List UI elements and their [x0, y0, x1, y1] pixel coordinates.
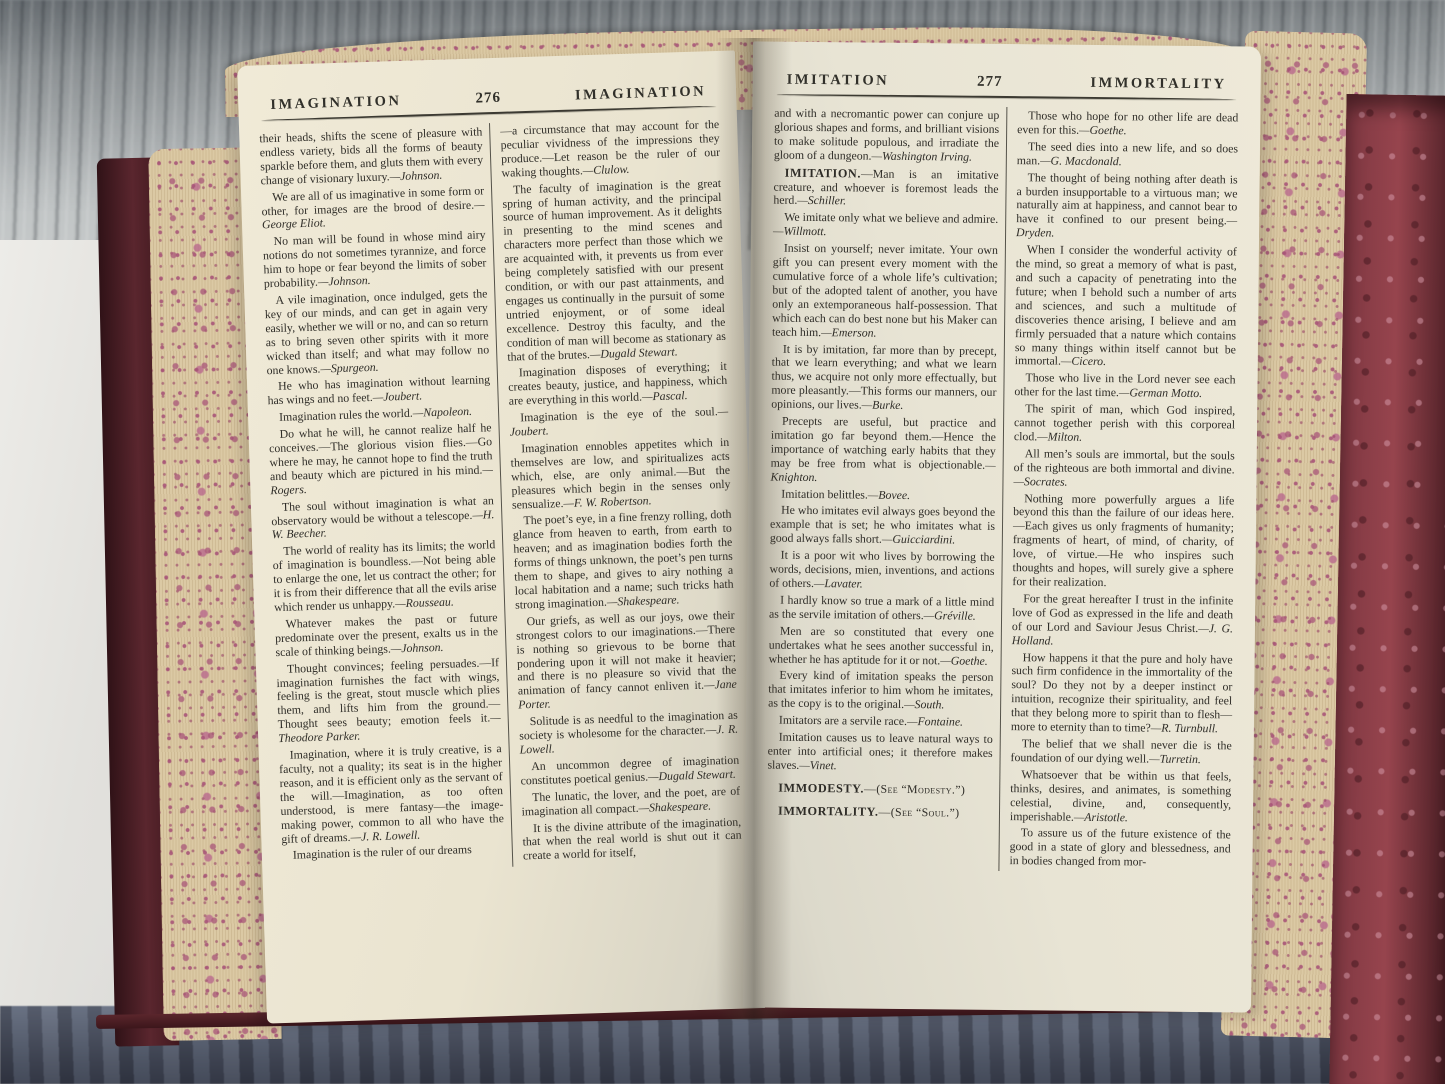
text-column-2: Those who hope for no other life are dea…	[998, 107, 1240, 874]
quote-paragraph: —a circumstance that may account for the…	[500, 118, 721, 180]
quote-text: Imagination is the ruler of our dreams	[293, 842, 472, 862]
entry-word: IMITATION.	[785, 165, 861, 180]
quote-attribution: —Aristotle.	[1074, 809, 1128, 824]
quote-paragraph: Imitators are a servile race.—Fontaine.	[768, 714, 993, 730]
entry-word: IMMORTALITY.	[778, 803, 879, 818]
running-head-right: IMAGINATION	[575, 83, 707, 104]
quote-text: The soul without imagination is what an …	[271, 493, 494, 528]
running-head-left: IMITATION	[787, 72, 890, 90]
page-number-left: 276	[475, 90, 501, 108]
quote-paragraph: It is by imitation, far more than by pre…	[771, 342, 997, 414]
quote-paragraph: Solitude is as needful to the imaginatio…	[519, 709, 739, 758]
quote-text: their heads, shifts the scene of pleasur…	[259, 124, 483, 187]
quote-attribution: —Goethe.	[1079, 123, 1127, 137]
quote-paragraph: Do what he will, he cannot realize half …	[268, 421, 493, 498]
quote-text: Those who hope for no other life are dea…	[1017, 108, 1238, 136]
open-book: IMAGINATION 276 IMAGINATION their heads,…	[0, 0, 1445, 1084]
quote-attribution: —Socrates.	[1013, 474, 1067, 489]
text-column-1: their heads, shifts the scene of pleasur…	[257, 123, 512, 874]
quote-paragraph: He who has imagination without learning …	[267, 374, 491, 409]
quote-paragraph: Imitation belittles.—Bovee.	[770, 487, 995, 503]
quote-paragraph: Those who hope for no other life are dea…	[1017, 109, 1238, 139]
quote-paragraph: Imagination disposes of everything; it c…	[508, 360, 728, 409]
quote-paragraph: Imagination, where it is truly creative,…	[279, 742, 505, 846]
quote-attribution: —Johnson.	[391, 640, 444, 656]
quote-paragraph: Imitation causes us to leave natural way…	[767, 731, 992, 775]
quote-attribution: —Dugald Stewart.	[648, 767, 736, 784]
quote-text: The faculty of imagination is the great …	[502, 176, 726, 364]
quote-paragraph: Thought convinces; feeling persuades.—If…	[276, 656, 502, 746]
quote-attribution: —Rousseau.	[395, 595, 454, 611]
header-rule	[777, 94, 1237, 101]
quote-paragraph: Imagination is the eye of the soul.—Joub…	[509, 405, 729, 440]
quote-attribution: —Gréville.	[924, 608, 976, 623]
page-left-header: IMAGINATION 276 IMAGINATION	[256, 83, 720, 115]
quote-attribution: —Turretin.	[1149, 751, 1201, 766]
quote-text: The world of reality has its limits; the…	[273, 538, 497, 615]
quote-text: —(See “Soul.”)	[879, 804, 960, 819]
quote-paragraph: The world of reality has its limits; the…	[272, 539, 497, 616]
quote-text: Imitators are a servile race.	[779, 713, 907, 728]
quote-text: Nothing more powerfully argues a life be…	[1012, 491, 1234, 589]
quote-paragraph: For the great hereafter I trust in the i…	[1012, 592, 1234, 650]
quote-text: It is the divine attribute of the imagin…	[522, 814, 741, 863]
quote-paragraph: The faculty of imagination is the great …	[502, 177, 727, 365]
page-right-header: IMITATION 277 IMMORTALITY	[773, 72, 1241, 94]
quote-paragraph: their heads, shifts the scene of pleasur…	[259, 125, 484, 188]
quote-attribution: —Pascal.	[642, 388, 688, 403]
quote-paragraph: Insist on yourself; never imitate. Your …	[772, 242, 998, 342]
quote-paragraph: Every kind of imitation speaks the perso…	[768, 669, 993, 713]
quote-paragraph: No man will be found in whose mind airy …	[262, 229, 487, 292]
quote-paragraph: We are all of us imaginative in some for…	[261, 184, 485, 233]
quote-paragraph: Nothing more powerfully argues a life be…	[1012, 492, 1234, 592]
quote-text: It is a poor wit who lives by borrowing …	[769, 548, 994, 590]
quote-attribution: —Guicciardini.	[882, 532, 955, 547]
quote-paragraph: Men are so constituted that every one un…	[769, 624, 994, 668]
quote-paragraph: Imagination ennobles appetites which in …	[510, 436, 731, 512]
quote-paragraph: The belief that we shall never die is th…	[1011, 737, 1232, 767]
quote-text: Whatever makes the past or future predom…	[275, 610, 498, 659]
quote-text: —(See “Modesty.”)	[864, 781, 965, 796]
quote-text: We are all of us imaginative in some for…	[261, 183, 484, 218]
quote-text: When I consider the wonderful activity o…	[1015, 242, 1237, 368]
quote-paragraph: The soul without imagination is what an …	[271, 494, 495, 543]
quote-attribution: —Johnson.	[389, 167, 442, 183]
quote-paragraph: The lunatic, the lover, and the poet, ar…	[521, 784, 741, 819]
book-page-left: IMAGINATION 276 IMAGINATION their heads,…	[237, 50, 765, 1023]
quote-text: Imitation belittles.	[781, 486, 868, 501]
text-column-1: and with a necromantic power can conjure…	[764, 105, 1006, 872]
quote-attribution: —Washington Irving.	[871, 148, 972, 163]
quote-attribution: —German Motto.	[1119, 385, 1202, 400]
quote-paragraph: The spirit of man, which God inspired, c…	[1014, 402, 1235, 446]
quote-attribution: —R. Turnbull.	[1151, 721, 1218, 736]
quote-paragraph: Whatsoever that be within us that feels,…	[1010, 768, 1232, 826]
quote-paragraph: and with a necromantic power can conjure…	[774, 107, 1000, 165]
quote-attribution: —Goethe.	[940, 653, 988, 667]
quote-attribution: —Fontaine.	[907, 714, 963, 729]
entry-word: IMMODESTY.	[778, 780, 864, 795]
quote-text: No man will be found in whose mind airy …	[263, 228, 487, 291]
quote-attribution: —G. Macdonald.	[1040, 153, 1122, 168]
quote-text: Imagination rules the world.	[279, 406, 413, 424]
quote-paragraph: It is a poor wit who lives by borrowing …	[769, 549, 994, 593]
quote-paragraph: The thought of being nothing after death…	[1016, 171, 1238, 243]
quote-attribution: —Spurgeon.	[320, 359, 379, 375]
quote-attribution: —South.	[904, 697, 944, 711]
quote-paragraph: It is the divine attribute of the imagin…	[522, 815, 742, 864]
quote-text: Every kind of imitation speaks the perso…	[768, 668, 993, 711]
quote-text: Thought convinces; feeling persuades.—If…	[276, 655, 500, 732]
quote-text: Insist on yourself; never imitate. Your …	[772, 241, 998, 339]
quote-paragraph: We imitate only what we believe and admi…	[773, 211, 998, 241]
quote-attribution: —F. W. Robertson.	[563, 493, 652, 510]
quote-attribution: —Bovee.	[868, 487, 910, 501]
page-left-columns: their heads, shifts the scene of pleasur…	[257, 116, 744, 874]
book-photo: IMAGINATION 276 IMAGINATION their heads,…	[0, 0, 1445, 1084]
quote-paragraph: When I consider the wonderful activity o…	[1015, 243, 1237, 370]
quote-attribution: —Clulow.	[583, 162, 630, 177]
page-right-content: IMITATION 277 IMMORTALITY and with a nec…	[744, 41, 1261, 873]
quote-attribution: —Lavater.	[814, 576, 863, 591]
text-column-2: —a circumstance that may account for the…	[489, 116, 744, 867]
quote-attribution: —Milton.	[1037, 429, 1082, 443]
book-cover-right	[1329, 94, 1445, 1084]
quote-text: Imagination disposes of everything; it c…	[508, 359, 727, 408]
quote-text: The thought of being nothing after death…	[1016, 170, 1238, 228]
quote-paragraph: Those who live in the Lord never see eac…	[1014, 371, 1235, 401]
quote-paragraph: IMITATION.—Man is an imitative creature,…	[773, 165, 998, 210]
quote-paragraph: A vile imagination, once indulged, gets …	[264, 287, 490, 377]
quote-attribution: —Cicero.	[1061, 354, 1106, 368]
running-head-left: IMAGINATION	[270, 93, 402, 114]
page-number-right: 277	[977, 74, 1003, 91]
quote-paragraph: Our griefs, as well as our joys, owe the…	[515, 609, 737, 713]
quote-paragraph: The poet’s eye, in a fine frenzy rolling…	[512, 508, 734, 612]
quote-attribution: —Vinet.	[799, 758, 837, 772]
quote-attribution: —Shakespeare.	[638, 798, 711, 814]
quote-paragraph: The seed dies into a new life, and so do…	[1017, 140, 1238, 170]
quote-paragraph: Imagination is the ruler of our dreams	[282, 842, 505, 863]
quote-paragraph: He who imitates evil always goes beyond …	[770, 504, 995, 548]
cross-reference-entry: IMMODESTY.—(See “Modesty.”)	[767, 780, 992, 797]
quote-attribution: —Shakespeare.	[607, 592, 680, 608]
running-head-right: IMMORTALITY	[1090, 75, 1226, 93]
book-page-right: IMITATION 277 IMMORTALITY and with a nec…	[743, 41, 1261, 1012]
page-right-columns: and with a necromantic power can conjure…	[764, 105, 1240, 874]
quote-attribution: —Willmott.	[773, 224, 827, 239]
quote-attribution: —Dugald Stewart.	[590, 344, 678, 361]
quote-text: Do what he will, he cannot realize half …	[269, 420, 493, 483]
quote-text: To assure us of the future existence of …	[1009, 826, 1230, 869]
quote-paragraph: Whatever makes the past or future predom…	[274, 611, 498, 660]
page-left-content: IMAGINATION 276 IMAGINATION their heads,…	[237, 50, 760, 874]
quote-attribution: —Joubert.	[372, 389, 422, 405]
quote-paragraph: All men’s souls are immortal, but the so…	[1013, 447, 1234, 491]
quote-attribution: —Napoleon.	[413, 404, 473, 420]
quote-attribution: —J. R. Lowell.	[350, 827, 420, 843]
quote-attribution: —Schiller.	[797, 193, 846, 208]
quote-attribution: —Burke.	[862, 398, 904, 412]
quote-paragraph: To assure us of the future existence of …	[1009, 827, 1230, 871]
quote-paragraph: An uncommon degree of imagination consti…	[520, 754, 740, 789]
quote-attribution: —Emerson.	[821, 325, 877, 340]
quote-attribution: —Johnson.	[318, 273, 371, 289]
quote-paragraph: Precepts are useful, but practice and im…	[770, 415, 996, 487]
quote-text: All men’s souls are immortal, but the so…	[1014, 446, 1235, 476]
quote-text: Precepts are useful, but practice and im…	[771, 414, 997, 472]
quote-paragraph: I hardly know so true a mark of a little…	[769, 593, 994, 623]
cross-reference-entry: IMMORTALITY.—(See “Soul.”)	[767, 803, 992, 820]
quote-paragraph: How happens it that the pure and holy ha…	[1011, 651, 1233, 737]
